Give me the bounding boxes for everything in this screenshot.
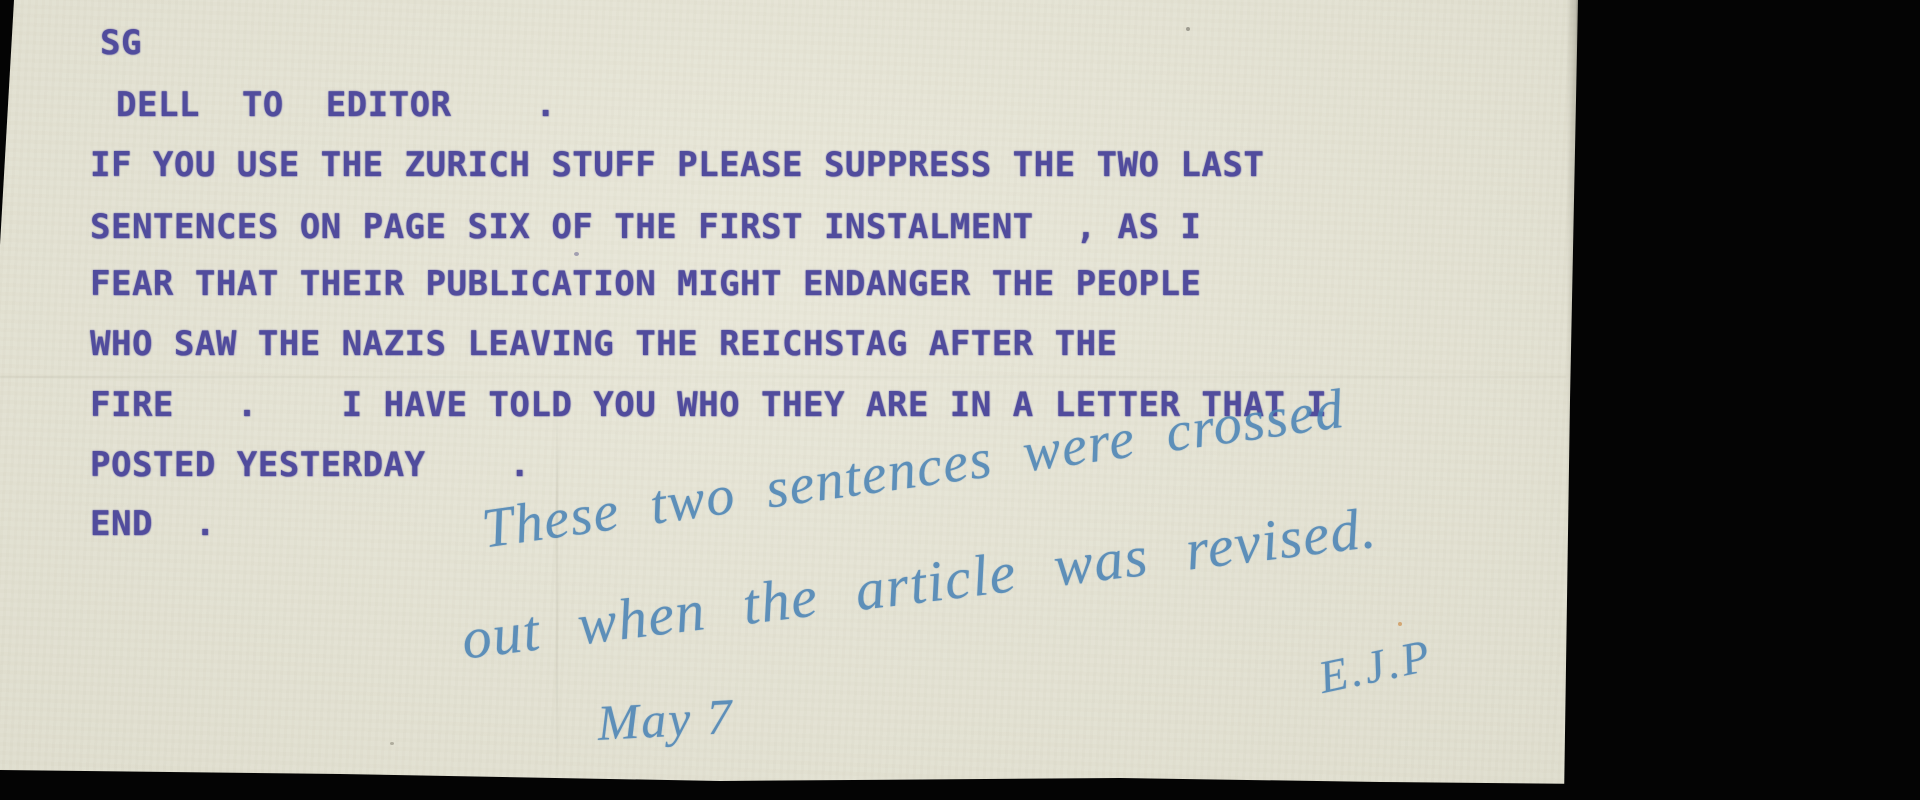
paper-speck [574,252,579,256]
typed-line: FEAR THAT THEIR PUBLICATION MIGHT ENDANG… [90,267,1201,301]
fold-crease-horizontal [0,376,1566,378]
fold-crease-vertical [556,385,558,777]
typed-line: WHO SAW THE NAZIS LEAVING THE REICHSTAG … [90,327,1118,361]
handwritten-initials: E.J.P [1314,628,1437,704]
typed-line: SG [100,26,142,60]
typed-line: IF YOU USE THE ZURICH STUFF PLEASE SUPPR… [90,148,1264,182]
paper-speck [1186,27,1190,31]
paper-speck [1398,622,1402,626]
typed-line: SENTENCES ON PAGE SIX OF THE FIRST INSTA… [90,210,1201,244]
paper-speck [390,742,394,745]
typed-line: DELL TO EDITOR . [116,88,556,122]
typed-line: POSTED YESTERDAY . [90,448,530,482]
typed-line: END . [90,507,216,541]
handwritten-date: May 7 [596,687,735,752]
scan-background: SG DELL TO EDITOR . IF YOU USE THE ZURIC… [0,0,1920,800]
